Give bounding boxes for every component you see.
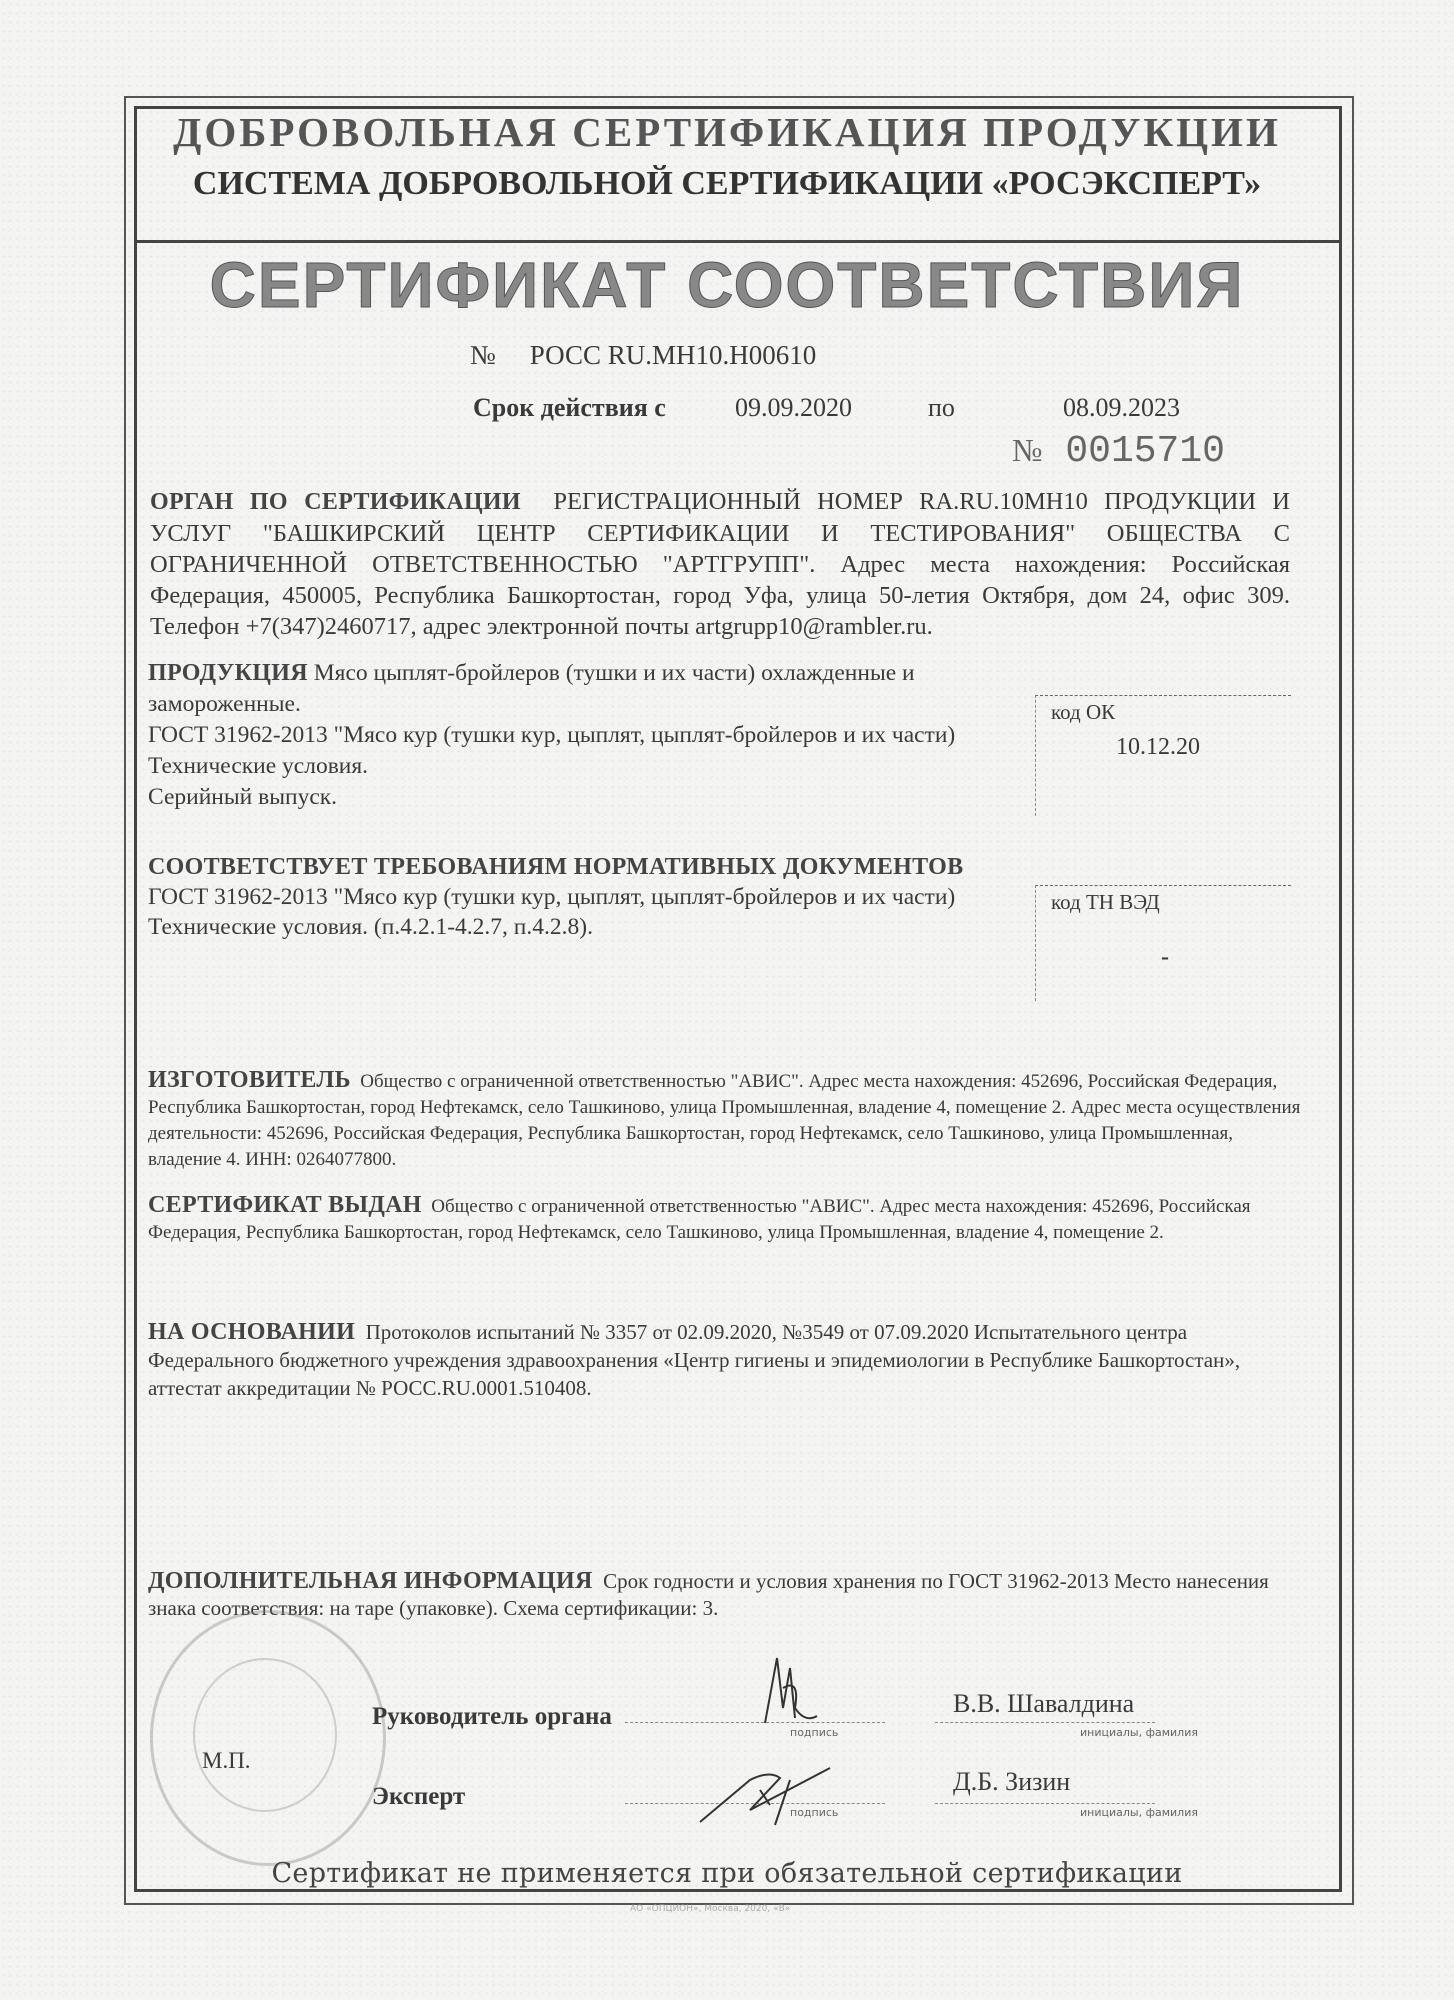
- certification-body-section: ОРГАН ПО СЕРТИФИКАЦИИ РЕГИСТРАЦИОННЫЙ НО…: [150, 486, 1290, 642]
- conformity-section: СООТВЕТСТВУЕТ ТРЕБОВАНИЯМ НОРМАТИВНЫХ ДО…: [148, 852, 1018, 942]
- certification-system-title: СИСТЕМА ДОБРОВОЛЬНОЙ СЕРТИФИКАЦИИ «РОСЭК…: [0, 165, 1454, 203]
- registration-number: №РОСС RU.МН10.Н00610: [470, 340, 816, 371]
- code-tn-ved-box: код ТН ВЭД -: [1035, 885, 1291, 1001]
- header-separator: [134, 240, 1342, 243]
- code-tn-ved-value: -: [1161, 944, 1169, 971]
- valid-to: 08.09.2023: [1063, 393, 1180, 423]
- conformity-label: СООТВЕТСТВУЕТ ТРЕБОВАНИЯМ НОРМАТИВНЫХ ДО…: [148, 854, 963, 880]
- product-release-type: Серийный выпуск.: [148, 784, 337, 810]
- code-tn-ved-label: код ТН ВЭД: [1051, 890, 1160, 915]
- head-signature-icon: [755, 1648, 825, 1733]
- expert-name-line: [935, 1803, 1155, 1804]
- expert-signature-icon: [690, 1760, 840, 1830]
- disclaimer: Сертификат не применяется при обязательн…: [0, 1858, 1454, 1889]
- form-number-value: 0015710: [1065, 430, 1225, 473]
- issued-to-label: СЕРТИФИКАТ ВЫДАН: [148, 1192, 422, 1218]
- seal-stamp: [150, 1610, 386, 1866]
- manufacturer-label: ИЗГОТОВИТЕЛЬ: [148, 1067, 351, 1093]
- validity-label: Срок действия с: [473, 393, 666, 423]
- expert-name-caption: инициалы, фамилия: [1080, 1806, 1198, 1819]
- certification-body-label: ОРГАН ПО СЕРТИФИКАЦИИ: [150, 489, 521, 515]
- registration-number-value: РОСС RU.МН10.Н00610: [530, 340, 816, 370]
- basis-label: НА ОСНОВАНИИ: [148, 1319, 355, 1345]
- stamp-place-label: М.П.: [202, 1748, 251, 1774]
- code-ok-box: код ОК 10.12.20: [1035, 695, 1291, 816]
- code-ok-label: код ОК: [1051, 700, 1115, 725]
- valid-from: 09.09.2020: [735, 393, 852, 423]
- issued-to-section: СЕРТИФИКАТ ВЫДАН Общество с ограниченной…: [148, 1192, 1303, 1246]
- head-name-line: [935, 1722, 1155, 1723]
- additional-info-label: ДОПОЛНИТЕЛЬНАЯ ИНФОРМАЦИЯ: [148, 1568, 593, 1594]
- basis-section: НА ОСНОВАНИИ Протоколов испытаний № 3357…: [148, 1318, 1303, 1402]
- product-section: ПРОДУКЦИЯ Мясо цыплят-бройлеров (тушки и…: [148, 658, 1008, 813]
- manufacturer-section: ИЗГОТОВИТЕЛЬ Общество с ограниченной отв…: [148, 1067, 1303, 1173]
- expert-label: Эксперт: [372, 1783, 465, 1811]
- head-name: В.В. Шавалдина: [953, 1689, 1134, 1719]
- to-label: по: [928, 393, 955, 423]
- validity-period: Срок действия с 09.09.2020 по 08.09.2023: [473, 393, 1273, 427]
- head-of-body-label: Руководитель органа: [372, 1703, 612, 1731]
- certificate-title: СЕРТИФИКАТ СООТВЕТСТВИЯ: [0, 248, 1454, 322]
- number-sign: №: [470, 340, 496, 370]
- additional-info-section: ДОПОЛНИТЕЛЬНАЯ ИНФОРМАЦИЯ Срок годности …: [148, 1568, 1303, 1622]
- head-name-caption: инициалы, фамилия: [1080, 1726, 1198, 1739]
- conformity-text: ГОСТ 31962-2013 "Мясо кур (тушки кур, цы…: [148, 884, 955, 940]
- code-ok-value: 10.12.20: [1116, 734, 1200, 761]
- form-number-sign: №: [1012, 432, 1043, 468]
- voluntary-certification-title: ДОБРОВОЛЬНАЯ СЕРТИФИКАЦИЯ ПРОДУКЦИИ: [0, 108, 1454, 156]
- form-number: № 0015710: [1012, 430, 1225, 473]
- printer-imprint: АО «ОПЦИОН», Москва, 2020, «В»: [630, 1904, 790, 1914]
- product-label: ПРОДУКЦИЯ: [148, 660, 308, 686]
- expert-name: Д.Б. Зизин: [953, 1767, 1070, 1797]
- product-standard: ГОСТ 31962-2013 "Мясо кур (тушки кур, цы…: [148, 722, 955, 779]
